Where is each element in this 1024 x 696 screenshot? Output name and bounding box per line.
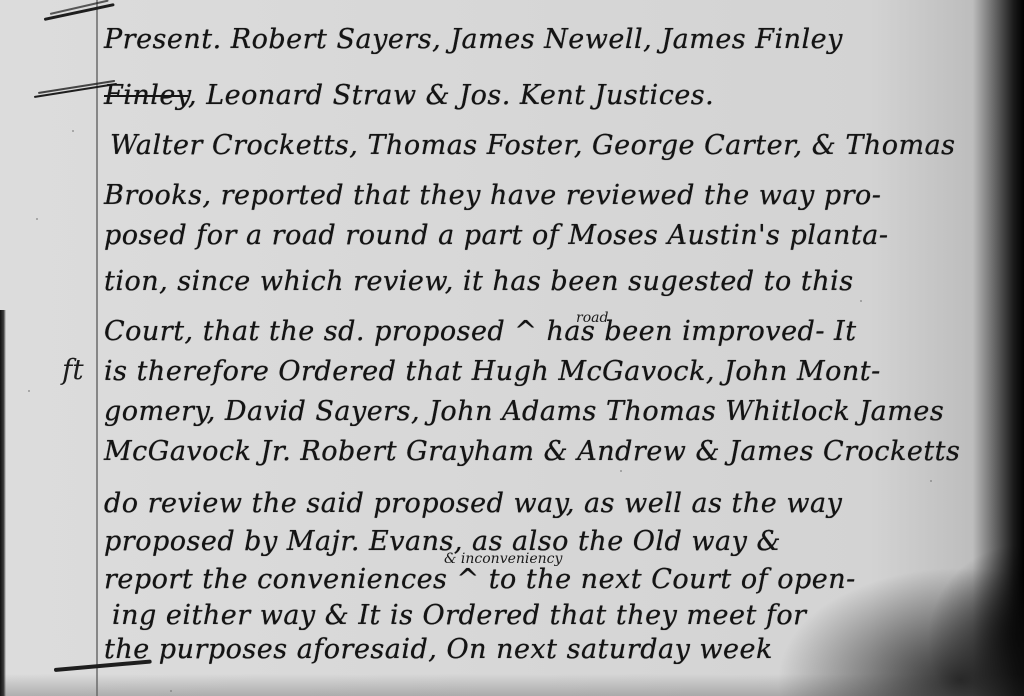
paper-speck bbox=[170, 690, 172, 692]
line-text: gomery, David Sayers, John Adams Thomas … bbox=[104, 396, 944, 427]
line-text: Walter Crocketts, Thomas Foster, George … bbox=[110, 130, 956, 161]
text-line: tion, since which review, it has been su… bbox=[104, 266, 854, 297]
line-text: the purposes aforesaid, On next saturday… bbox=[104, 634, 773, 665]
text-line: Brooks, reported that they have reviewed… bbox=[104, 180, 881, 211]
line-text: tion, since which review, it has been su… bbox=[104, 266, 854, 297]
line-text: posed for a road round a part of Moses A… bbox=[104, 220, 888, 251]
text-line: proposed by Majr. Evans, as also the Old… bbox=[104, 526, 781, 557]
text-line: Court, that the sd. proposed ^ has been … bbox=[104, 316, 857, 347]
document-scan: ft Present. Robert Sayers, James Newell,… bbox=[0, 0, 1024, 696]
text-line: the purposes aforesaid, On next saturday… bbox=[104, 634, 773, 665]
paper-speck bbox=[72, 130, 74, 132]
line-text: Brooks, reported that they have reviewed… bbox=[104, 180, 881, 211]
paper-speck bbox=[930, 480, 932, 482]
line-text: Court, that the sd. proposed ^ has been … bbox=[104, 316, 857, 347]
text-line: do review the said proposed way, as well… bbox=[104, 488, 842, 519]
text-line: ing either way & It is Ordered that they… bbox=[112, 600, 807, 631]
line-text: ing either way & It is Ordered that they… bbox=[112, 600, 807, 631]
text-line: is therefore Ordered that Hugh McGavock,… bbox=[104, 356, 881, 387]
text-line: gomery, David Sayers, John Adams Thomas … bbox=[104, 396, 944, 427]
line-text: , Leonard Straw & Jos. Kent Justices. bbox=[188, 80, 714, 111]
line-text: Present. Robert Sayers, James Newell, Ja… bbox=[104, 24, 843, 55]
struck-word: Finley bbox=[104, 80, 188, 111]
text-line: posed for a road round a part of Moses A… bbox=[104, 220, 888, 251]
text-line: McGavock Jr. Robert Grayham & Andrew & J… bbox=[104, 436, 960, 467]
text-line: report the conveniences ^ to the next Co… bbox=[104, 564, 856, 595]
paper-speck bbox=[620, 470, 622, 472]
paper-speck bbox=[36, 218, 38, 220]
line-text: McGavock Jr. Robert Grayham & Andrew & J… bbox=[104, 436, 960, 467]
page-bottom-shade bbox=[0, 674, 1024, 696]
margin-note: ft bbox=[62, 356, 84, 384]
margin-rule-line bbox=[96, 0, 98, 696]
line-text: proposed by Majr. Evans, as also the Old… bbox=[104, 526, 781, 557]
paper-speck bbox=[860, 300, 862, 302]
line-text: do review the said proposed way, as well… bbox=[104, 488, 842, 519]
text-line: Walter Crocketts, Thomas Foster, George … bbox=[110, 130, 956, 161]
text-line: Finley, Leonard Straw & Jos. Kent Justic… bbox=[104, 80, 714, 111]
line-text: is therefore Ordered that Hugh McGavock,… bbox=[104, 356, 881, 387]
line-text: report the conveniences ^ to the next Co… bbox=[104, 564, 856, 595]
page-edge-shadow bbox=[0, 310, 6, 696]
text-line: Present. Robert Sayers, James Newell, Ja… bbox=[104, 24, 843, 55]
paper-speck bbox=[28, 390, 30, 392]
